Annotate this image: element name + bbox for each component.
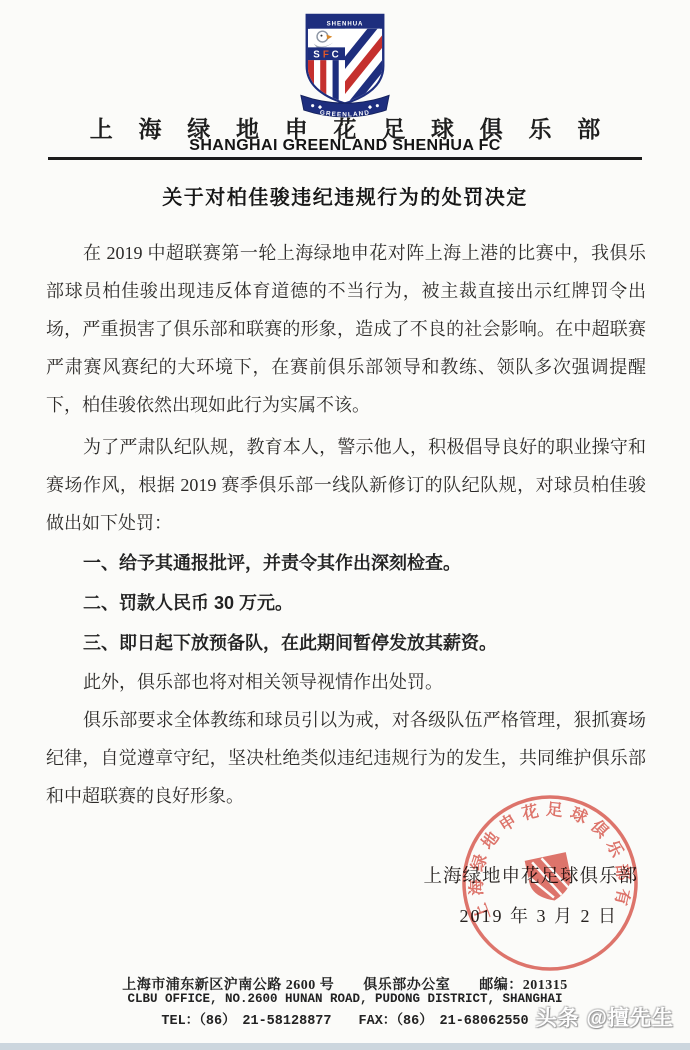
crest-initial-c: C <box>332 50 339 61</box>
bottom-bar <box>0 1043 690 1050</box>
paragraph-2: 为了严肃队纪队规，教育本人，警示他人，积极倡导良好的职业操守和赛场作风，根据 2… <box>46 428 646 542</box>
shenhua-crest-logo: SHENHUA S F C GREENLAND <box>296 10 394 120</box>
seal-ring-text: 上海绿地申花足球俱乐部有限公司 <box>446 779 635 923</box>
club-name-en: SHANGHAI GREENLAND SHENHUA FC <box>0 137 690 155</box>
document-body: 在 2019 中超联赛第一轮上海绿地申花对阵上海上港的比赛中，我俱乐部球员柏佳骏… <box>46 234 646 815</box>
punishment-item-3: 三、即日起下放预备队，在此期间暂停发放其薪资。 <box>46 623 646 663</box>
punishment-item-2: 二、罚款人民币 30 万元。 <box>46 583 646 623</box>
document-title: 关于对柏佳骏违纪违规行为的处罚决定 <box>0 181 690 210</box>
punishment-list: 一、给予其通报批评，并责令其作出深刻检查。 二、罚款人民币 30 万元。 三、即… <box>46 543 646 663</box>
letter-page: SHENHUA S F C GREENLAND 上 海 绿 地 申 花 足 球 … <box>0 0 690 1050</box>
crest-left-panel <box>308 29 345 103</box>
toutiao-watermark: 头条 @擅先生 <box>536 1002 674 1032</box>
crest-initial-f: F <box>323 50 329 61</box>
footer-address-cn: 上海市浦东新区沪南公路 2600 号 俱乐部办公室 邮编：201315 <box>0 974 690 994</box>
closing-paragraph-1: 此外，俱乐部也将对相关领导视情作出处罚。 <box>46 663 646 701</box>
svg-text:上海绿地申花足球俱乐部有限公司: 上海绿地申花足球俱乐部有限公司 <box>446 779 635 923</box>
punishment-item-1: 一、给予其通报批评，并责令其作出深刻检查。 <box>46 543 646 583</box>
crest-top-label: SHENHUA <box>327 21 364 27</box>
header-divider <box>48 157 642 160</box>
seal-center-emblem <box>525 852 575 905</box>
paragraph-1: 在 2019 中超联赛第一轮上海绿地申花对阵上海上港的比赛中，我俱乐部球员柏佳骏… <box>46 234 646 424</box>
crest-initial-s: S <box>313 50 320 61</box>
official-seal: 上海绿地申花足球俱乐部有限公司 <box>446 779 654 987</box>
